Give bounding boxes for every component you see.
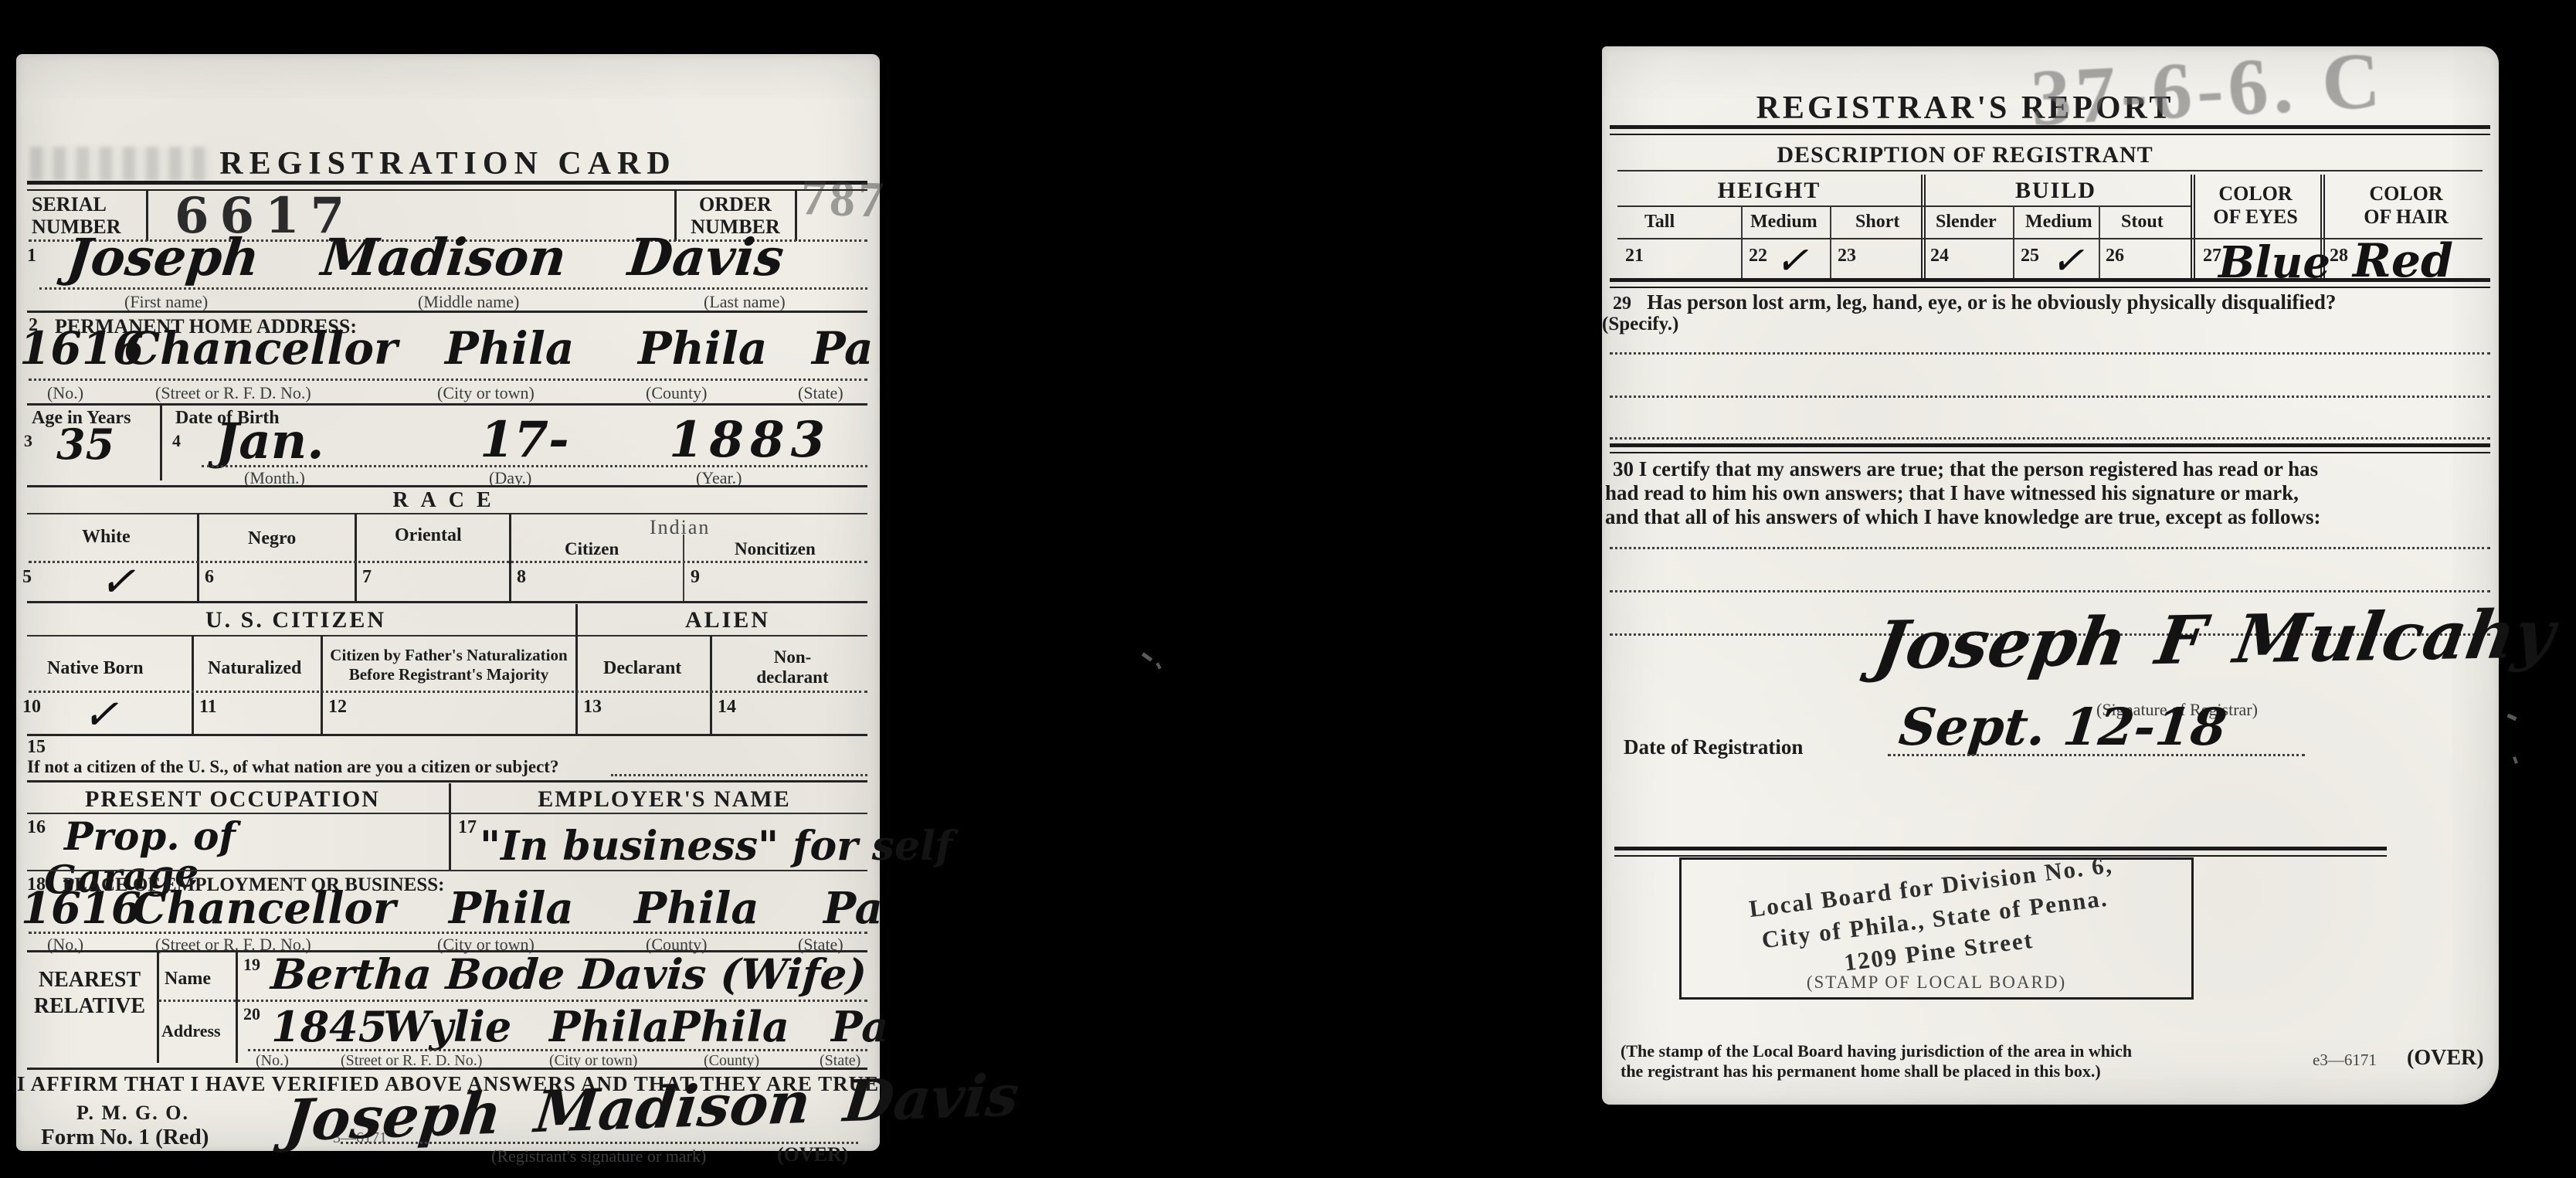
q30-answer-line-1 bbox=[1610, 547, 2490, 549]
native-born-checkmark: ✓ bbox=[80, 692, 128, 738]
date-of-registration-label: Date of Registration bbox=[1624, 735, 1803, 759]
race-section-rule bbox=[27, 601, 867, 603]
race-col-divider-3 bbox=[509, 513, 511, 601]
race-white-label: White bbox=[82, 527, 131, 548]
build-medium-checkmark: ✓ bbox=[2048, 240, 2092, 283]
short-label: Short bbox=[1855, 212, 1899, 233]
stout-label: Stout bbox=[2121, 212, 2164, 233]
medium-short-divider bbox=[1830, 205, 1831, 281]
race-citizen-number: 8 bbox=[517, 567, 526, 588]
relative-name-label: Name bbox=[165, 969, 211, 990]
declarant-number: 13 bbox=[583, 697, 602, 718]
race-oriental-label: Oriental bbox=[395, 525, 462, 546]
citizen-by-father-label: Citizen by Father's Naturalization Befor… bbox=[325, 646, 572, 684]
stamp-footnote: (The stamp of the Local Board having jur… bbox=[1621, 1041, 2146, 1081]
stamp-of-local-board-caption: (STAMP OF LOCAL BOARD) bbox=[1682, 973, 2191, 993]
race-negro-label: Negro bbox=[248, 528, 296, 549]
nearest-relative-label: NEAREST RELATIVE bbox=[24, 967, 155, 1020]
relative-name-number: 19 bbox=[243, 955, 260, 975]
relative-name-handwriting: Bertha Bode Davis (Wife) bbox=[270, 953, 868, 995]
nearest-relative-line2: RELATIVE bbox=[34, 994, 145, 1018]
desc-table-bottom-rule bbox=[1610, 278, 2490, 288]
name-baseline bbox=[39, 287, 867, 290]
paper-speck bbox=[1156, 663, 1161, 670]
non-declarant-line1: Non- bbox=[774, 647, 812, 667]
declarant-label: Declarant bbox=[603, 658, 681, 679]
paper-speck bbox=[2513, 756, 2518, 764]
color-of-eyes-header: COLOR OF EYES bbox=[2195, 182, 2316, 229]
address-section-rule bbox=[27, 403, 867, 406]
race-indian-group-label: Indian bbox=[650, 516, 710, 539]
paper-speck bbox=[1142, 652, 1152, 661]
place-city-handwriting: Phila bbox=[449, 887, 574, 930]
place-baseline bbox=[29, 932, 867, 934]
relative-address-number: 20 bbox=[243, 1004, 260, 1024]
citizen-header-rule bbox=[27, 635, 867, 637]
relative-addr-county-handwriting: Phila bbox=[669, 1006, 789, 1047]
q30-answer-line-2 bbox=[1610, 590, 2490, 592]
eyes-header-line2: OF EYES bbox=[2213, 205, 2298, 228]
build-header: BUILD bbox=[1921, 178, 2191, 204]
registrars-report-back: REGISTRAR'S REPORT 37-6-6. C DESCRIPTION… bbox=[1602, 46, 2499, 1105]
paper-speck bbox=[2507, 714, 2517, 721]
address-city-label: (City or town) bbox=[437, 383, 535, 403]
address-city-handwriting: Phila bbox=[445, 326, 574, 371]
name-section-rule bbox=[27, 311, 867, 313]
eyes-header-line1: COLOR bbox=[2218, 182, 2292, 205]
pmgo-label: P. M. G. O. bbox=[76, 1102, 189, 1125]
medium-stout-divider bbox=[2099, 205, 2100, 281]
q29-specify-label: (Specify.) bbox=[1602, 314, 1678, 335]
address-county-handwriting: Phila bbox=[638, 326, 767, 371]
citizen-col-divider-1 bbox=[192, 635, 194, 734]
occupation-line1-handwriting: Prop. of bbox=[64, 817, 236, 856]
q29-answer-line-3 bbox=[1610, 437, 2490, 440]
address-state-label: (State) bbox=[798, 383, 843, 403]
registration-date-baseline bbox=[1888, 754, 2305, 756]
q29-text: Has person lost arm, leg, hand, eye, or … bbox=[1647, 290, 2336, 314]
q29-number: 29 bbox=[1613, 294, 1631, 314]
relative-inner-divider bbox=[236, 950, 238, 1063]
middle-name-label: (Middle name) bbox=[418, 292, 519, 312]
address-street-handwriting: Chancellor bbox=[124, 326, 398, 371]
age-handwriting: 35 bbox=[56, 423, 114, 465]
race-col-divider-1 bbox=[197, 513, 199, 601]
q15-answer-line bbox=[611, 774, 867, 776]
place-no-handwriting: 1616 bbox=[21, 887, 141, 930]
first-name-label: (First name) bbox=[124, 292, 208, 312]
race-col-divider-2 bbox=[355, 513, 357, 601]
dob-number: 4 bbox=[172, 431, 181, 451]
q30-line1: 30 I certify that my answers are true; t… bbox=[1613, 457, 2493, 481]
back-over-label: (OVER) bbox=[2407, 1046, 2484, 1071]
slender-number: 24 bbox=[1930, 246, 1949, 266]
naturalized-label: Naturalized bbox=[208, 658, 301, 679]
race-col-divider-4 bbox=[683, 535, 684, 601]
tall-medium-divider bbox=[1741, 205, 1743, 281]
hair-number: 28 bbox=[2330, 246, 2348, 266]
naturalized-number: 11 bbox=[199, 697, 217, 718]
citizen-col-divider-2 bbox=[321, 635, 323, 734]
native-born-label: Native Born bbox=[47, 658, 144, 679]
height-medium-number: 22 bbox=[1749, 246, 1767, 266]
address-county-label: (County) bbox=[646, 383, 707, 403]
relative-addr-city-handwriting: Phila bbox=[549, 1006, 670, 1047]
address-street-label: (Street or R. F. D. No.) bbox=[155, 383, 311, 403]
relative-section-rule bbox=[27, 1068, 867, 1070]
citizen-labels-baseline bbox=[29, 691, 867, 693]
race-white-number: 5 bbox=[22, 567, 32, 588]
address-baseline bbox=[29, 379, 867, 381]
height-medium-label: Medium bbox=[1750, 212, 1817, 233]
employer-handwriting: "In business" for self bbox=[480, 827, 952, 867]
employers-name-header: EMPLOYER'S NAME bbox=[449, 786, 880, 813]
dob-baseline bbox=[202, 465, 867, 467]
description-header-rule bbox=[1617, 170, 2483, 171]
place-street-handwriting: Chancellor bbox=[132, 887, 395, 930]
citizen-us-alien-divider bbox=[575, 604, 578, 734]
order-number-stamp: 787 bbox=[800, 168, 888, 230]
dob-day-handwriting: 17- bbox=[480, 416, 569, 465]
name-line-number: 1 bbox=[27, 246, 36, 266]
hair-color-handwriting: Red bbox=[2353, 238, 2453, 284]
q30-line3: and that all of his answers of which I h… bbox=[1605, 505, 2486, 529]
place-state-handwriting: Pa bbox=[823, 887, 883, 930]
order-label-line1: ORDER bbox=[699, 193, 772, 216]
registrant-name-handwriting: Joseph Madison Davis bbox=[65, 232, 786, 283]
age-number: 3 bbox=[24, 431, 32, 451]
slender-medium-divider bbox=[2013, 205, 2014, 281]
relative-addr-street-handwriting: Wylie bbox=[383, 1006, 511, 1047]
height-build-divider bbox=[1921, 175, 1926, 281]
serial-label-line1: SERIAL bbox=[32, 193, 107, 216]
citizen-by-father-line1: Citizen by Father's Naturalization bbox=[330, 646, 567, 664]
registration-date-handwriting: Sept. 12-18 bbox=[1897, 701, 2229, 752]
race-negro-number: 6 bbox=[205, 567, 214, 588]
q29-answer-line-2 bbox=[1610, 395, 2490, 398]
tall-number: 21 bbox=[1625, 246, 1644, 266]
us-citizen-header: U. S. CITIZEN bbox=[16, 607, 575, 633]
description-header: DESCRIPTION OF REGISTRANT bbox=[1602, 142, 2328, 168]
age-dob-divider bbox=[160, 403, 162, 480]
non-declarant-number: 14 bbox=[718, 697, 736, 718]
stamp-section-rule bbox=[1614, 847, 2387, 857]
native-born-number: 10 bbox=[22, 697, 41, 718]
form-number-label: Form No. 1 (Red) bbox=[41, 1125, 209, 1150]
address-no-label: (No.) bbox=[47, 383, 83, 403]
race-oriental-number: 7 bbox=[362, 567, 372, 588]
q30-line2: had read to him his own answers; that I … bbox=[1605, 481, 2486, 505]
build-eyes-divider bbox=[2191, 175, 2195, 281]
slender-label: Slender bbox=[1936, 212, 1997, 233]
occupation-section-rule bbox=[27, 870, 867, 871]
non-declarant-label: Non- declarant bbox=[715, 647, 870, 687]
relative-addr-no-handwriting: 1845 bbox=[271, 1006, 387, 1047]
race-noncitizen-label: Noncitizen bbox=[735, 539, 816, 559]
race-labels-baseline bbox=[29, 561, 867, 563]
stout-number: 26 bbox=[2106, 246, 2124, 266]
dob-section-rule bbox=[27, 485, 867, 487]
race-header-rule bbox=[27, 513, 867, 514]
tall-label: Tall bbox=[1644, 212, 1675, 233]
hair-header-line1: COLOR bbox=[2369, 182, 2442, 205]
relative-addr-state-handwriting: Pa bbox=[831, 1006, 888, 1047]
registrant-signature-label: (Registrant's signature or mark) bbox=[491, 1146, 706, 1166]
height-medium-checkmark: ✓ bbox=[1773, 240, 1817, 283]
relative-addr-baseline bbox=[248, 1049, 867, 1051]
q15-section-rule bbox=[27, 780, 867, 783]
citizen-by-father-line2: Before Registrant's Majority bbox=[349, 665, 549, 684]
order-box-right bbox=[795, 190, 797, 241]
nearest-relative-line1: NEAREST bbox=[39, 968, 141, 992]
height-header: HEIGHT bbox=[1617, 178, 1921, 204]
alien-header: ALIEN bbox=[575, 607, 880, 633]
address-state-handwriting: Pa bbox=[812, 326, 874, 371]
relative-outer-divider bbox=[157, 950, 159, 1063]
citizen-by-father-number: 12 bbox=[328, 697, 347, 718]
registrar-signature-handwriting: Joseph F Mulcahy bbox=[1870, 601, 2559, 679]
q29-text-row: 29 Has person lost arm, leg, hand, eye, … bbox=[1613, 290, 2493, 314]
occupation-employer-divider bbox=[449, 783, 451, 870]
header-rule bbox=[27, 181, 867, 191]
short-number: 23 bbox=[1838, 246, 1856, 266]
race-white-checkmark: ✓ bbox=[97, 559, 145, 605]
back-form-code: e3—6171 bbox=[2313, 1051, 2377, 1070]
q15-number: 15 bbox=[27, 737, 46, 758]
place-county-handwriting: Phila bbox=[634, 887, 759, 930]
q15-text: If not a citizen of the U. S., of what n… bbox=[27, 757, 558, 777]
build-medium-number: 25 bbox=[2021, 246, 2039, 266]
non-declarant-line2: declarant bbox=[756, 667, 828, 687]
dob-year-handwriting: 1883 bbox=[669, 416, 831, 465]
hair-header-line2: OF HAIR bbox=[2364, 205, 2449, 228]
race-noncitizen-number: 9 bbox=[691, 567, 700, 588]
citizen-section-rule bbox=[27, 734, 867, 736]
card-title: REGISTRATION CARD bbox=[16, 145, 880, 182]
front-over-label: (OVER) bbox=[777, 1143, 848, 1166]
employer-number: 17 bbox=[458, 817, 477, 838]
q29-section-rule bbox=[1610, 443, 2490, 453]
race-header: RACE bbox=[16, 488, 880, 513]
last-name-label: (Last name) bbox=[704, 292, 786, 312]
present-occupation-header: PRESENT OCCUPATION bbox=[16, 786, 449, 813]
citizen-col-divider-4 bbox=[710, 635, 712, 734]
color-of-hair-header: COLOR OF HAIR bbox=[2325, 182, 2487, 229]
height-build-subrule bbox=[1617, 205, 2191, 207]
build-medium-label: Medium bbox=[2025, 212, 2092, 233]
relative-address-label: Address bbox=[161, 1021, 221, 1041]
q29-answer-line-1 bbox=[1610, 352, 2490, 355]
report-header-rule bbox=[1610, 125, 2490, 135]
registration-card-front: REGISTRATION CARD SERIAL NUMBER 6617 ORD… bbox=[16, 54, 880, 1151]
local-board-stamp-box: Local Board for Division No. 6, City of … bbox=[1679, 857, 2194, 1000]
race-citizen-label: Citizen bbox=[565, 539, 619, 559]
dob-month-handwriting: Jan. bbox=[216, 417, 324, 467]
occupation-number: 16 bbox=[27, 817, 46, 838]
